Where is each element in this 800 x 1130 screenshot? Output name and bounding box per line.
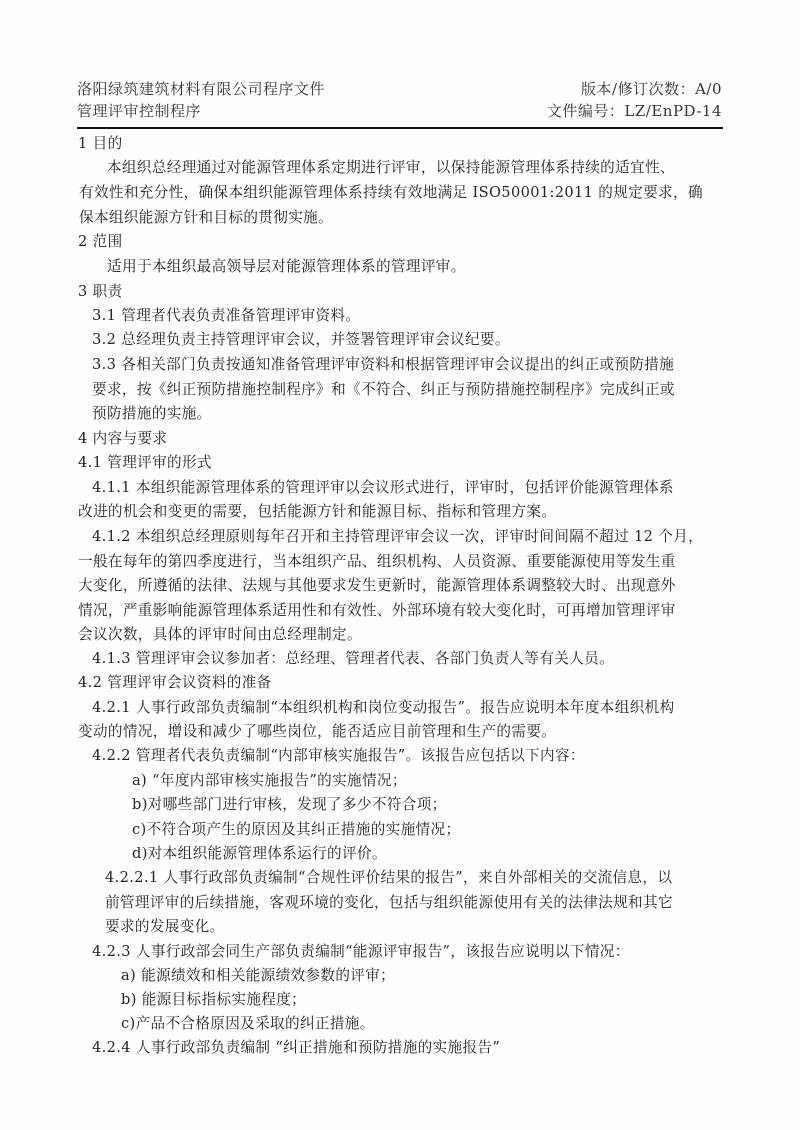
document-line: 4.2.2.1 人事行政部负责编制“合规性评价结果的报告”，来自外部相关的交流信… xyxy=(105,868,672,888)
document-line: 要求，按《纠正预防措施控制程序》和《不符合、纠正与预防措施控制程序》完成纠正或 xyxy=(92,380,675,400)
document-line: d)对本组织能源管理体系运行的评价。 xyxy=(132,844,387,864)
document-line: 4.1.2 本组织总经理原则每年召开和主持管理评审会议一次，评审时间间隔不超过 … xyxy=(92,527,703,547)
document-line: 有效性和充分性，确保本组织能源管理体系持续有效地满足 ISO50001:2011… xyxy=(79,183,703,203)
document-line: 改进的机会和变更的需要，包括能源方针和能源目标、指标和管理方案。 xyxy=(78,502,556,522)
document-line: 4.2.4 人事行政部负责编制 “纠正措施和预防措施的实施报告” xyxy=(92,1038,500,1058)
document-line: 预防措施的实施。 xyxy=(92,404,212,424)
document-page: 洛阳绿筑建筑材料有限公司程序文件 管理评审控制程序 版本/修订次数：A/0 文件… xyxy=(0,0,800,1130)
document-line: 1 目的 xyxy=(78,134,123,154)
document-line: 3.3 各相关部门负责按通知准备管理评审资料和根据管理评审会议提出的纠正或预防措… xyxy=(92,355,674,375)
procedure-title: 管理评审控制程序 xyxy=(77,100,201,121)
doc-number-label: 文件编号：LZ/EnPD-14 xyxy=(547,100,722,121)
document-line: 4.2.2 管理者代表负责编制“内部审核实施报告”。该报告应包括以下内容： xyxy=(92,746,585,766)
document-line: 3 职责 xyxy=(78,282,123,302)
document-line: c)不符合项产生的原因及其纠正措施的实施情况； xyxy=(132,820,460,840)
document-line: 2 范围 xyxy=(78,232,123,252)
document-line: c)产品不合格原因及采取的纠正措施。 xyxy=(121,1014,375,1034)
company-procedure-doc-title: 洛阳绿筑建筑材料有限公司程序文件 xyxy=(77,78,325,99)
document-line: 4.1.1 本组织能源管理体系的管理评审以会议形式进行，评审时，包括评价能源管理… xyxy=(92,478,674,498)
document-line: 一般在每年的第四季度进行，当本组织产品、组织机构、人员资源、重要能源使用等发生重 xyxy=(78,552,676,572)
document-line: a) 能源绩效和相关能源绩效参数的评审； xyxy=(121,966,395,986)
document-line: 会议次数，具体的评审时间由总经理制定。 xyxy=(78,625,362,645)
document-line: b)对哪些部门进行审核，发现了多少不符合项； xyxy=(132,795,447,815)
document-line: 本组织总经理通过对能源管理体系定期进行评审，以保持能源管理体系持续的适宜性、 xyxy=(107,158,675,178)
document-line: 变动的情况，增设和减少了哪些岗位，能否适应目前管理和生产的需要。 xyxy=(78,722,556,742)
document-line: 保本组织能源方针和目标的贯彻实施。 xyxy=(79,208,333,228)
document-line: 4.1 管理评审的形式 xyxy=(78,453,212,473)
document-line: 4.2.1 人事行政部负责编制“本组织机构和岗位变动报告”。报告应说明本年度本组… xyxy=(92,698,675,718)
document-line: a) “年度内部审核实施报告”的实施情况； xyxy=(132,771,407,791)
document-line: b) 能源目标指标实施程度； xyxy=(121,990,306,1010)
document-line: 4.2 管理评审会议资料的准备 xyxy=(78,673,272,693)
document-line: 4.2.3 人事行政部会同生产部负责编制“能源评审报告”，该报告应说明以下情况： xyxy=(92,942,630,962)
document-line: 前管理评审的后续措施，客观环境的变化，包括与组织能源使用有关的法律法规和其它 xyxy=(105,893,673,913)
document-line: 3.2 总经理负责主持管理评审会议，并签署管理评审会议纪要。 xyxy=(92,330,510,350)
header-divider xyxy=(77,127,723,129)
document-line: 4 内容与要求 xyxy=(78,429,167,449)
document-line: 大变化，所遵循的法律、法规与其他要求发生更新时，能源管理体系调整较大时、出现意外 xyxy=(78,576,676,596)
document-line: 适用于本组织最高领导层对能源管理体系的管理评审。 xyxy=(107,257,466,277)
document-line: 情况，严重影响能源管理体系适用性和有效性、外部环境有较大变化时，可再增加管理评审 xyxy=(78,601,676,621)
version-label: 版本/修订次数：A/0 xyxy=(581,78,722,99)
document-line: 4.1.3 管理评审会议参加者：总经理、管理者代表、各部门负责人等有关人员。 xyxy=(92,649,614,669)
document-line: 3.1 管理者代表负责准备管理评审资料。 xyxy=(92,306,360,326)
document-line: 要求的发展变化。 xyxy=(105,917,225,937)
